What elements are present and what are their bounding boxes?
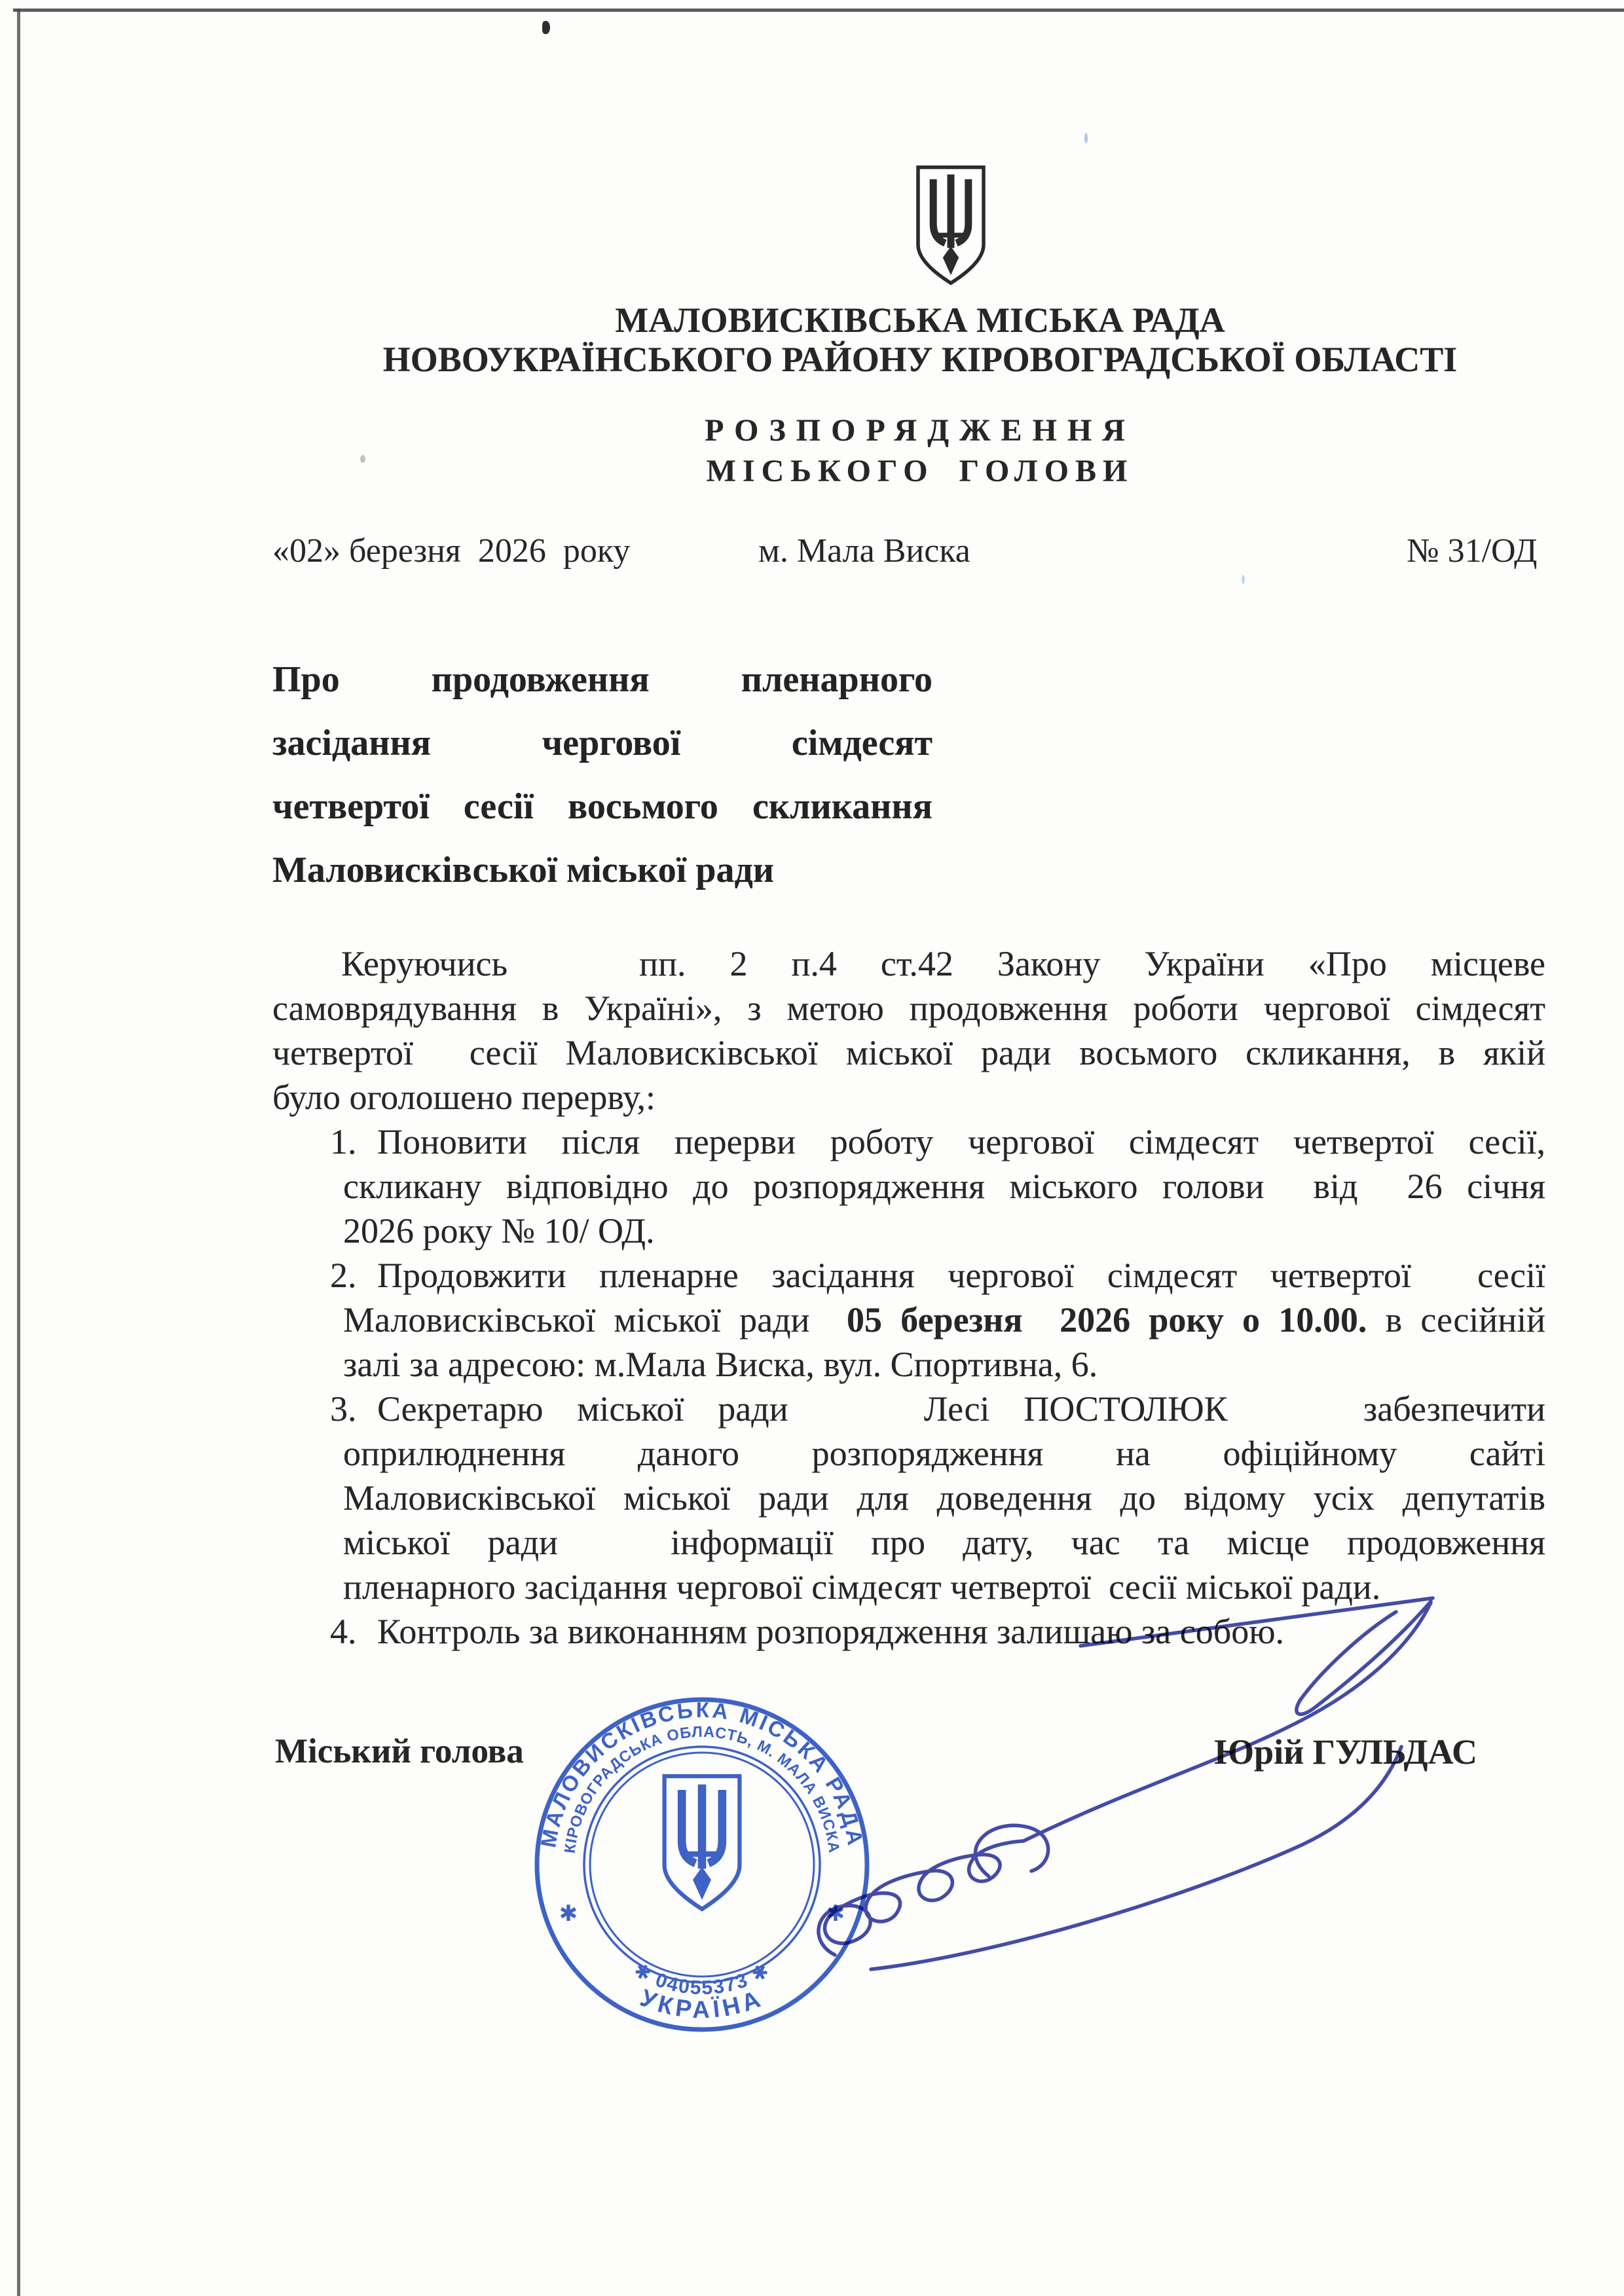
list-item-line: 2.Продовжити пленарне засідання чергової… <box>377 1253 1545 1298</box>
stamp-star-left-icon: ✱ <box>559 1901 578 1926</box>
ink-speck <box>1084 133 1088 143</box>
org-name: МАЛОВИСКІВСЬКА МІСЬКА РАДА <box>216 301 1624 339</box>
preamble-line: Керуючись пп. 2 п.4 ст.42 Закону України… <box>272 941 1545 986</box>
list-item-line: скликану відповідно до розпорядження міс… <box>343 1164 1545 1209</box>
document-date: «02» березня 2026 року <box>272 532 630 570</box>
subject-line: засідання чергової сімдесят <box>272 712 932 775</box>
preamble-line: четвертої сесії Маловисківської міської … <box>272 1030 1545 1075</box>
handwritten-signature <box>773 1569 1467 1988</box>
list-item-2: 2.Продовжити пленарне засідання чергової… <box>272 1253 1545 1387</box>
list-item-text: в сесійній <box>1367 1300 1545 1339</box>
scan-edge-top <box>13 9 1624 12</box>
signer-title: Міський голова <box>275 1732 524 1771</box>
list-item-text: Маловисківської міської ради <box>343 1300 847 1339</box>
subject-line: Маловисківської міської ради <box>272 839 932 902</box>
subject-block: Про продовження пленарного засідання чер… <box>272 648 932 902</box>
list-item-number: 4. <box>330 1609 357 1654</box>
ink-speck <box>1242 575 1245 584</box>
document-type-title: РОЗПОРЯДЖЕННЯ <box>216 412 1624 448</box>
document-owner-title: МІСЬКОГО ГОЛОВИ <box>216 453 1624 489</box>
document-number: № 31/ОД <box>1407 532 1538 570</box>
date-row: «02» березня 2026 року м. Мала Виска № 3… <box>0 532 1624 572</box>
subject-line: Про продовження пленарного <box>272 648 932 712</box>
scanned-document-page: МАЛОВИСКІВСЬКА МІСЬКА РАДА НОВОУКРАЇНСЬК… <box>0 0 1624 2296</box>
list-item-line: 3.Секретарю міської ради Лесі ПОСТОЛЮК з… <box>377 1387 1545 1431</box>
org-region: НОВОУКРАЇНСЬКОГО РАЙОНУ КІРОВОГРАДСЬКОЇ … <box>216 340 1624 378</box>
list-item-line: міської ради інформації про дату, час та… <box>343 1520 1545 1565</box>
subject-line: четвертої сесії восьмого скликання <box>272 775 932 839</box>
list-item-line: оприлюднення даного розпорядження на офі… <box>343 1431 1545 1476</box>
list-item-1: 1.Поновити після перерви роботу чергової… <box>272 1120 1545 1253</box>
list-item-text: Продовжити пленарне засідання чергової с… <box>377 1256 1545 1295</box>
stamp-trident-icon <box>665 1776 740 1909</box>
list-item-number: 3. <box>330 1387 357 1431</box>
list-item-line: Маловисківської міської ради для доведен… <box>343 1476 1545 1520</box>
list-item-text: Секретарю міської ради Лесі ПОСТОЛЮК заб… <box>377 1389 1545 1429</box>
list-item-line: 2026 року № 10/ ОД. <box>343 1209 1545 1253</box>
list-item-number: 2. <box>330 1253 357 1298</box>
list-item-line: Маловисківської міської ради 05 березня … <box>343 1298 1545 1342</box>
session-datetime-bold: 05 березня 2026 року о 10.00. <box>847 1300 1367 1339</box>
list-item-text: Поновити після перерви роботу чергової с… <box>377 1122 1545 1161</box>
trident-emblem-icon <box>911 161 991 293</box>
list-item-line: залі за адресою: м.Мала Виска, вул. Спор… <box>343 1342 1545 1387</box>
document-body: Керуючись пп. 2 п.4 ст.42 Закону України… <box>272 941 1545 1654</box>
preamble-line: самоврядування в Україні», з метою продо… <box>272 986 1545 1030</box>
scan-edge-left <box>17 9 20 2296</box>
ink-speck <box>542 21 550 34</box>
list-item-line: 1.Поновити після перерви роботу чергової… <box>377 1120 1545 1164</box>
list-item-number: 1. <box>330 1120 357 1164</box>
document-place: м. Мала Виска <box>758 532 970 570</box>
preamble-line: було оголошено перерву,: <box>272 1075 1545 1120</box>
